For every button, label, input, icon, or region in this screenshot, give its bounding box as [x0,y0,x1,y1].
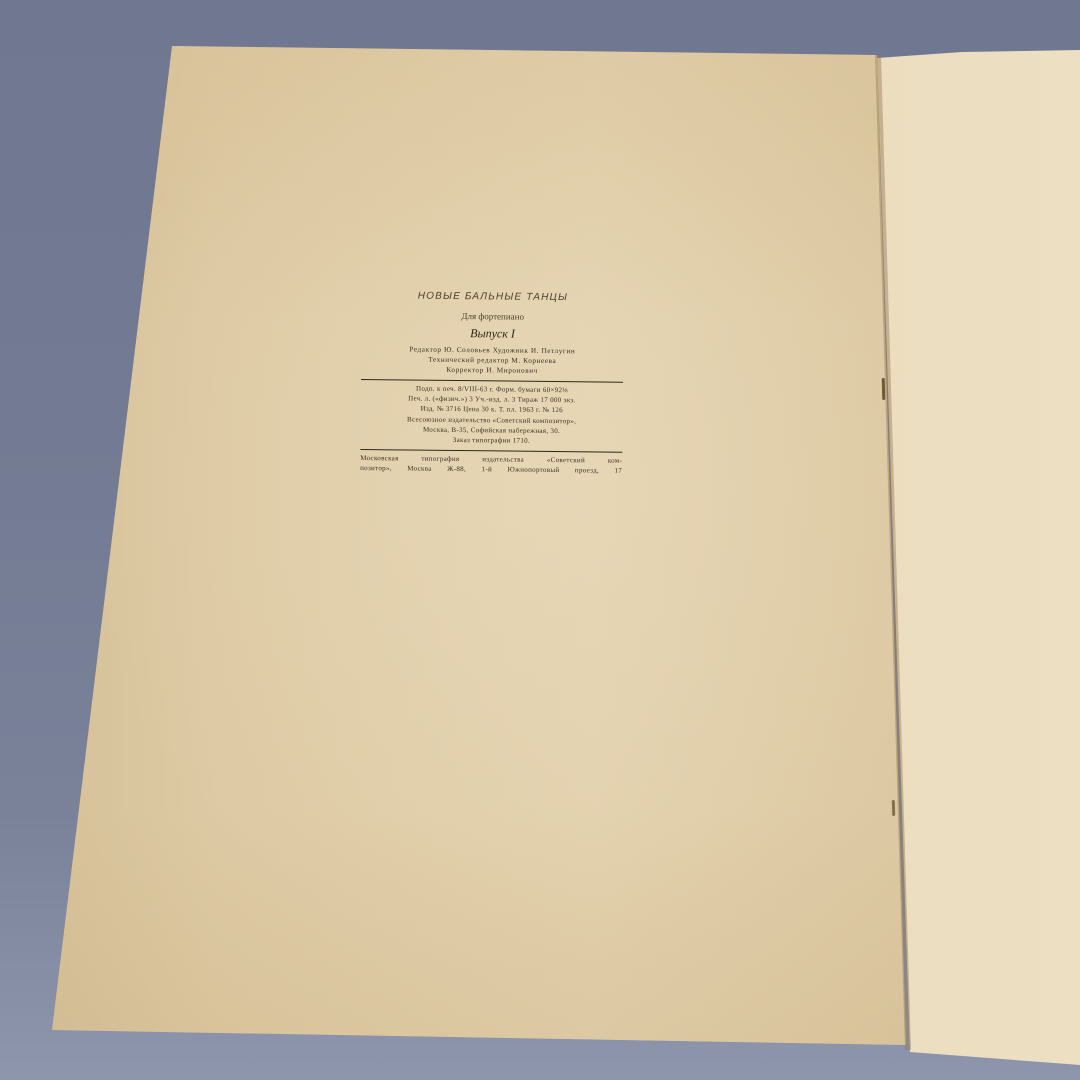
credits: Редактор Ю. Соловьев Художник И. Петлуги… [361,344,623,377]
staple-icon [892,800,895,816]
divider [360,449,622,453]
staple-icon [882,378,886,400]
colophon-block: НОВЫЕ БАЛЬНЫЕ ТАНЦЫ Для фортепиано Выпус… [360,290,624,476]
publication-line: Заказ типографии 1710. [360,434,622,447]
issue-number: Выпуск I [361,325,623,343]
printer-details: Московская типография издательства «Сове… [360,453,622,476]
book-subtitle: Для фортепиано [362,310,624,323]
credit-line: Корректор И. Миронович [361,364,623,377]
publication-details: Подп. к печ. 8/VIII-63 г. Форм. бумаги 6… [360,383,623,447]
divider [361,379,623,383]
book-title: НОВЫЕ БАЛЬНЫЕ ТАНЦЫ [362,290,624,304]
